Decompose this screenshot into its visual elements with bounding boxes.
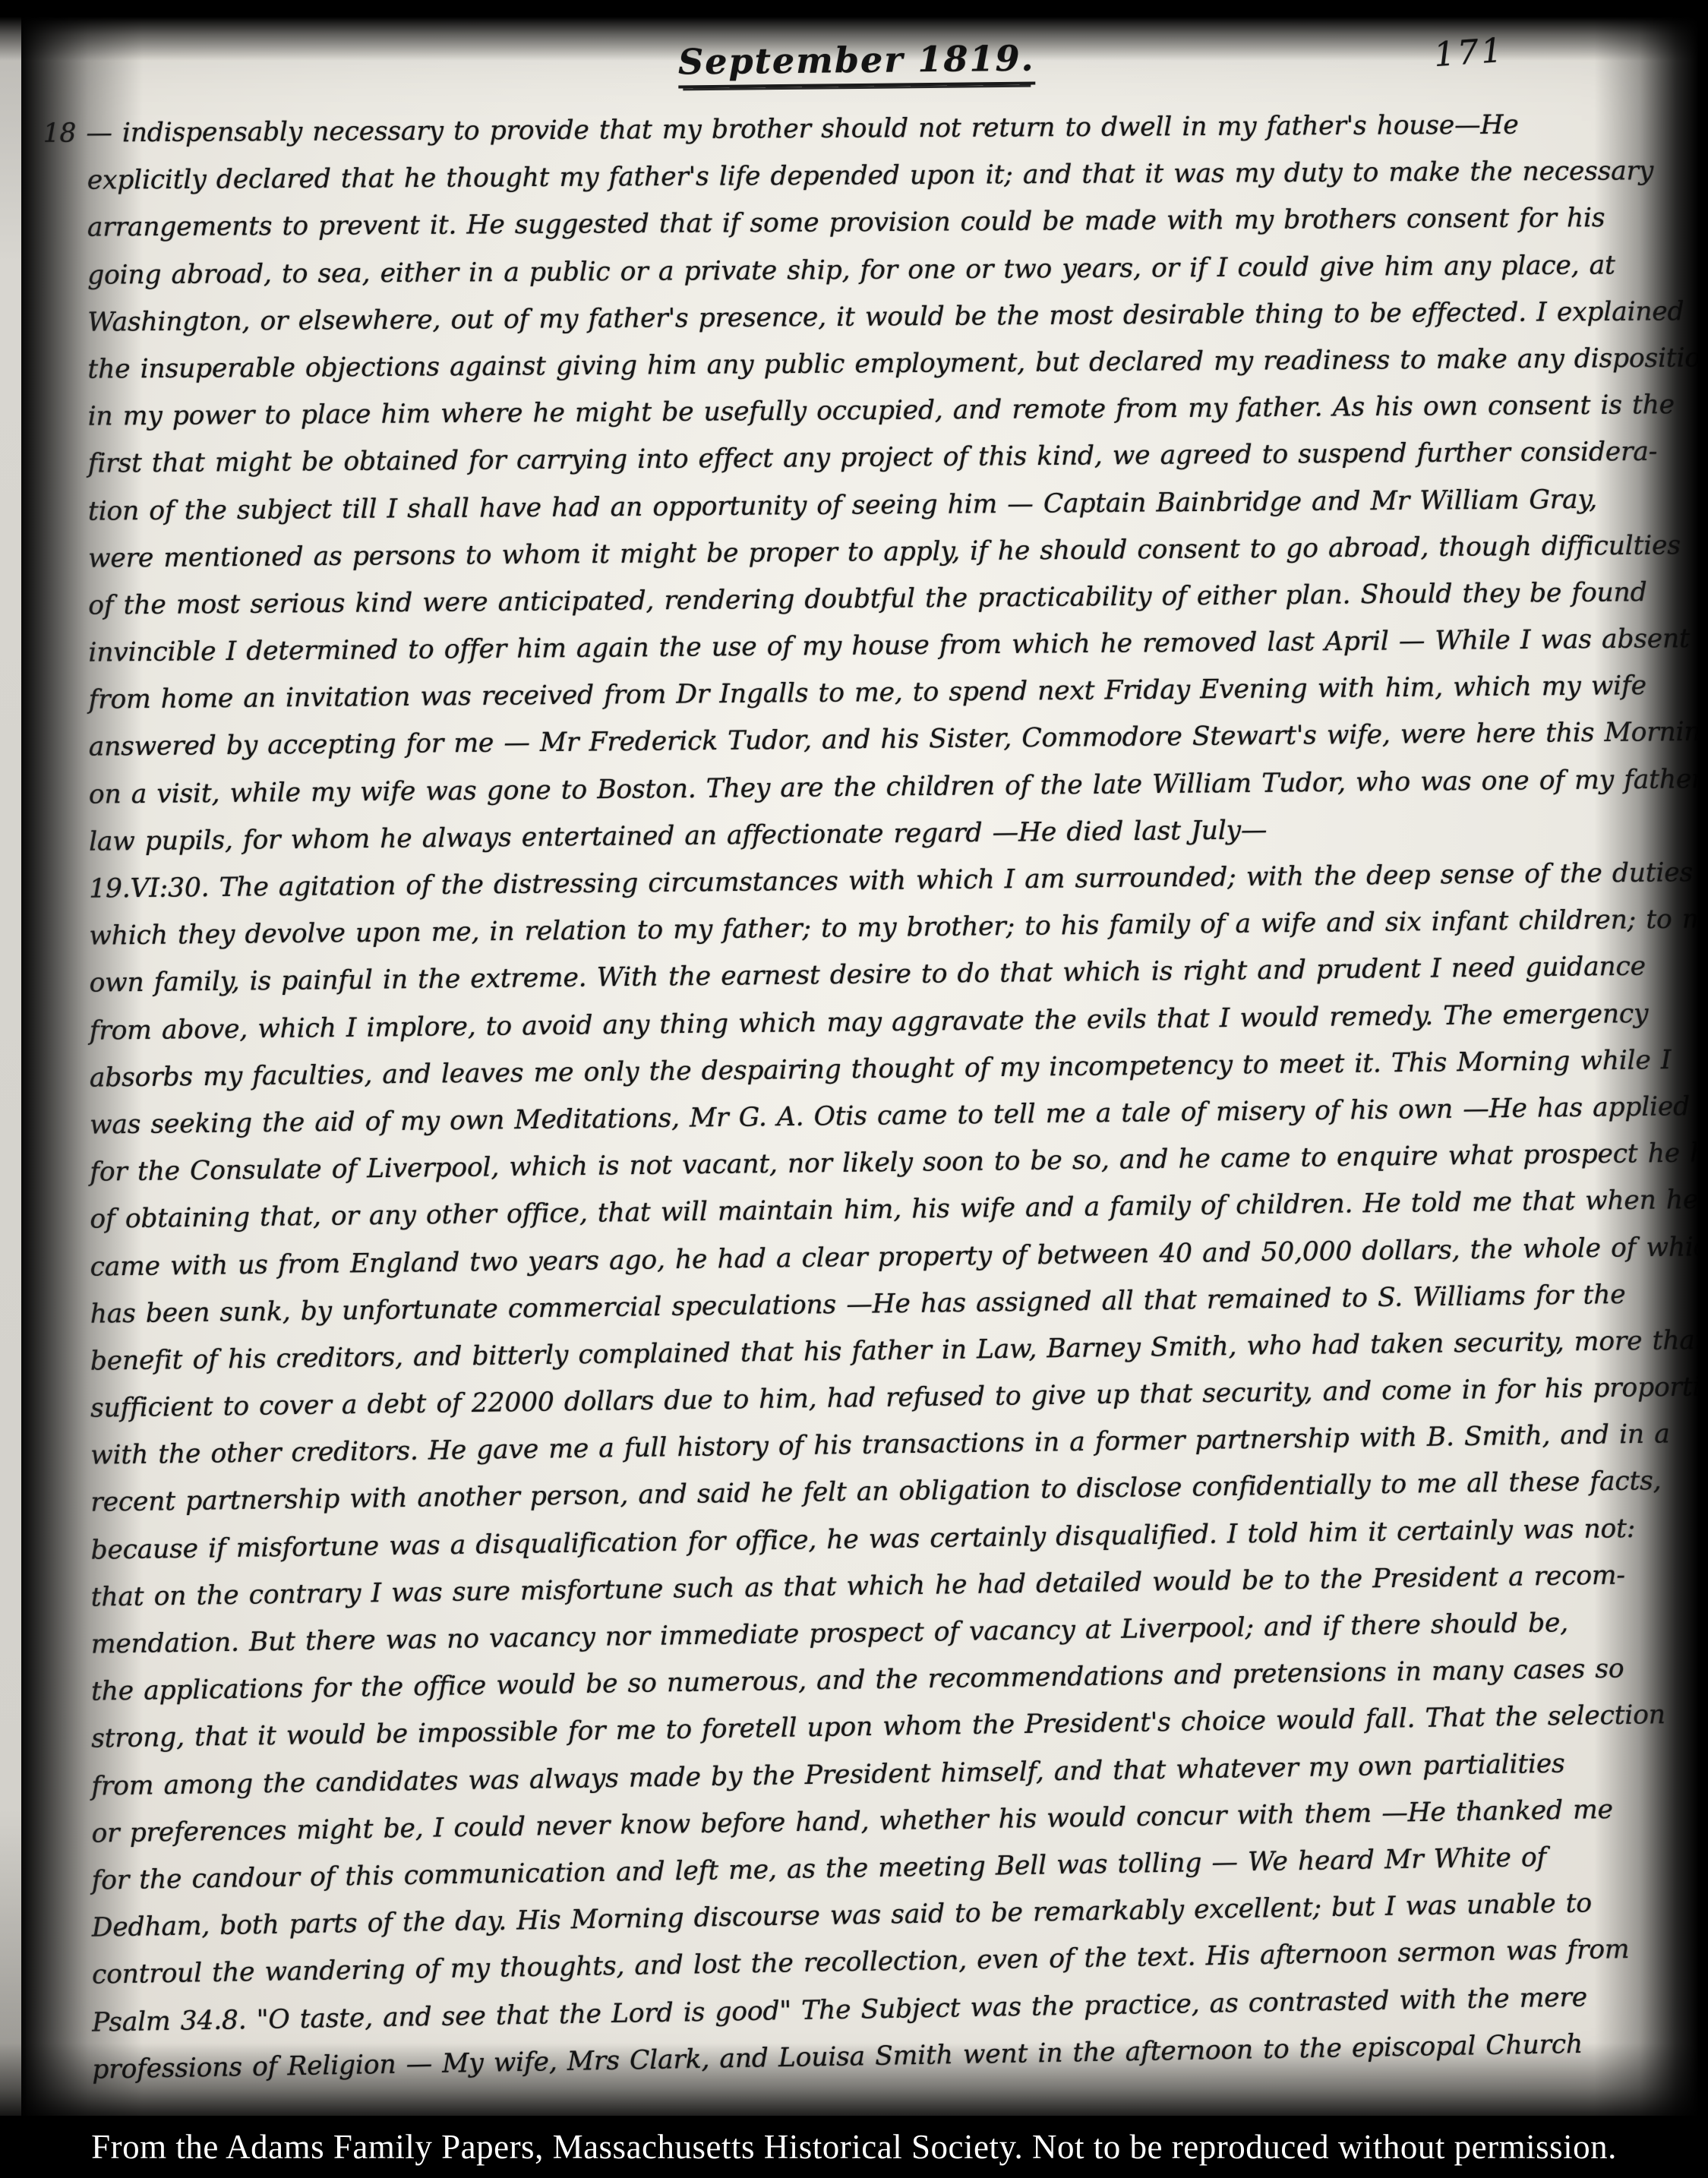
archive-caption: From the Adams Family Papers, Massachuse… bbox=[91, 2127, 1617, 2167]
manuscript-text: 18 — indispensably necessary to provide … bbox=[87, 106, 1621, 2093]
book-edge-right bbox=[1594, 0, 1708, 2178]
archive-caption-bar: From the Adams Family Papers, Massachuse… bbox=[0, 2116, 1708, 2178]
book-edge-bottom bbox=[0, 2043, 1708, 2126]
binding-gutter-shadow bbox=[21, 0, 143, 2178]
manuscript-photo: September 1819. 171 18 — indispensably n… bbox=[0, 0, 1708, 2178]
book-edge-top bbox=[0, 0, 1708, 61]
